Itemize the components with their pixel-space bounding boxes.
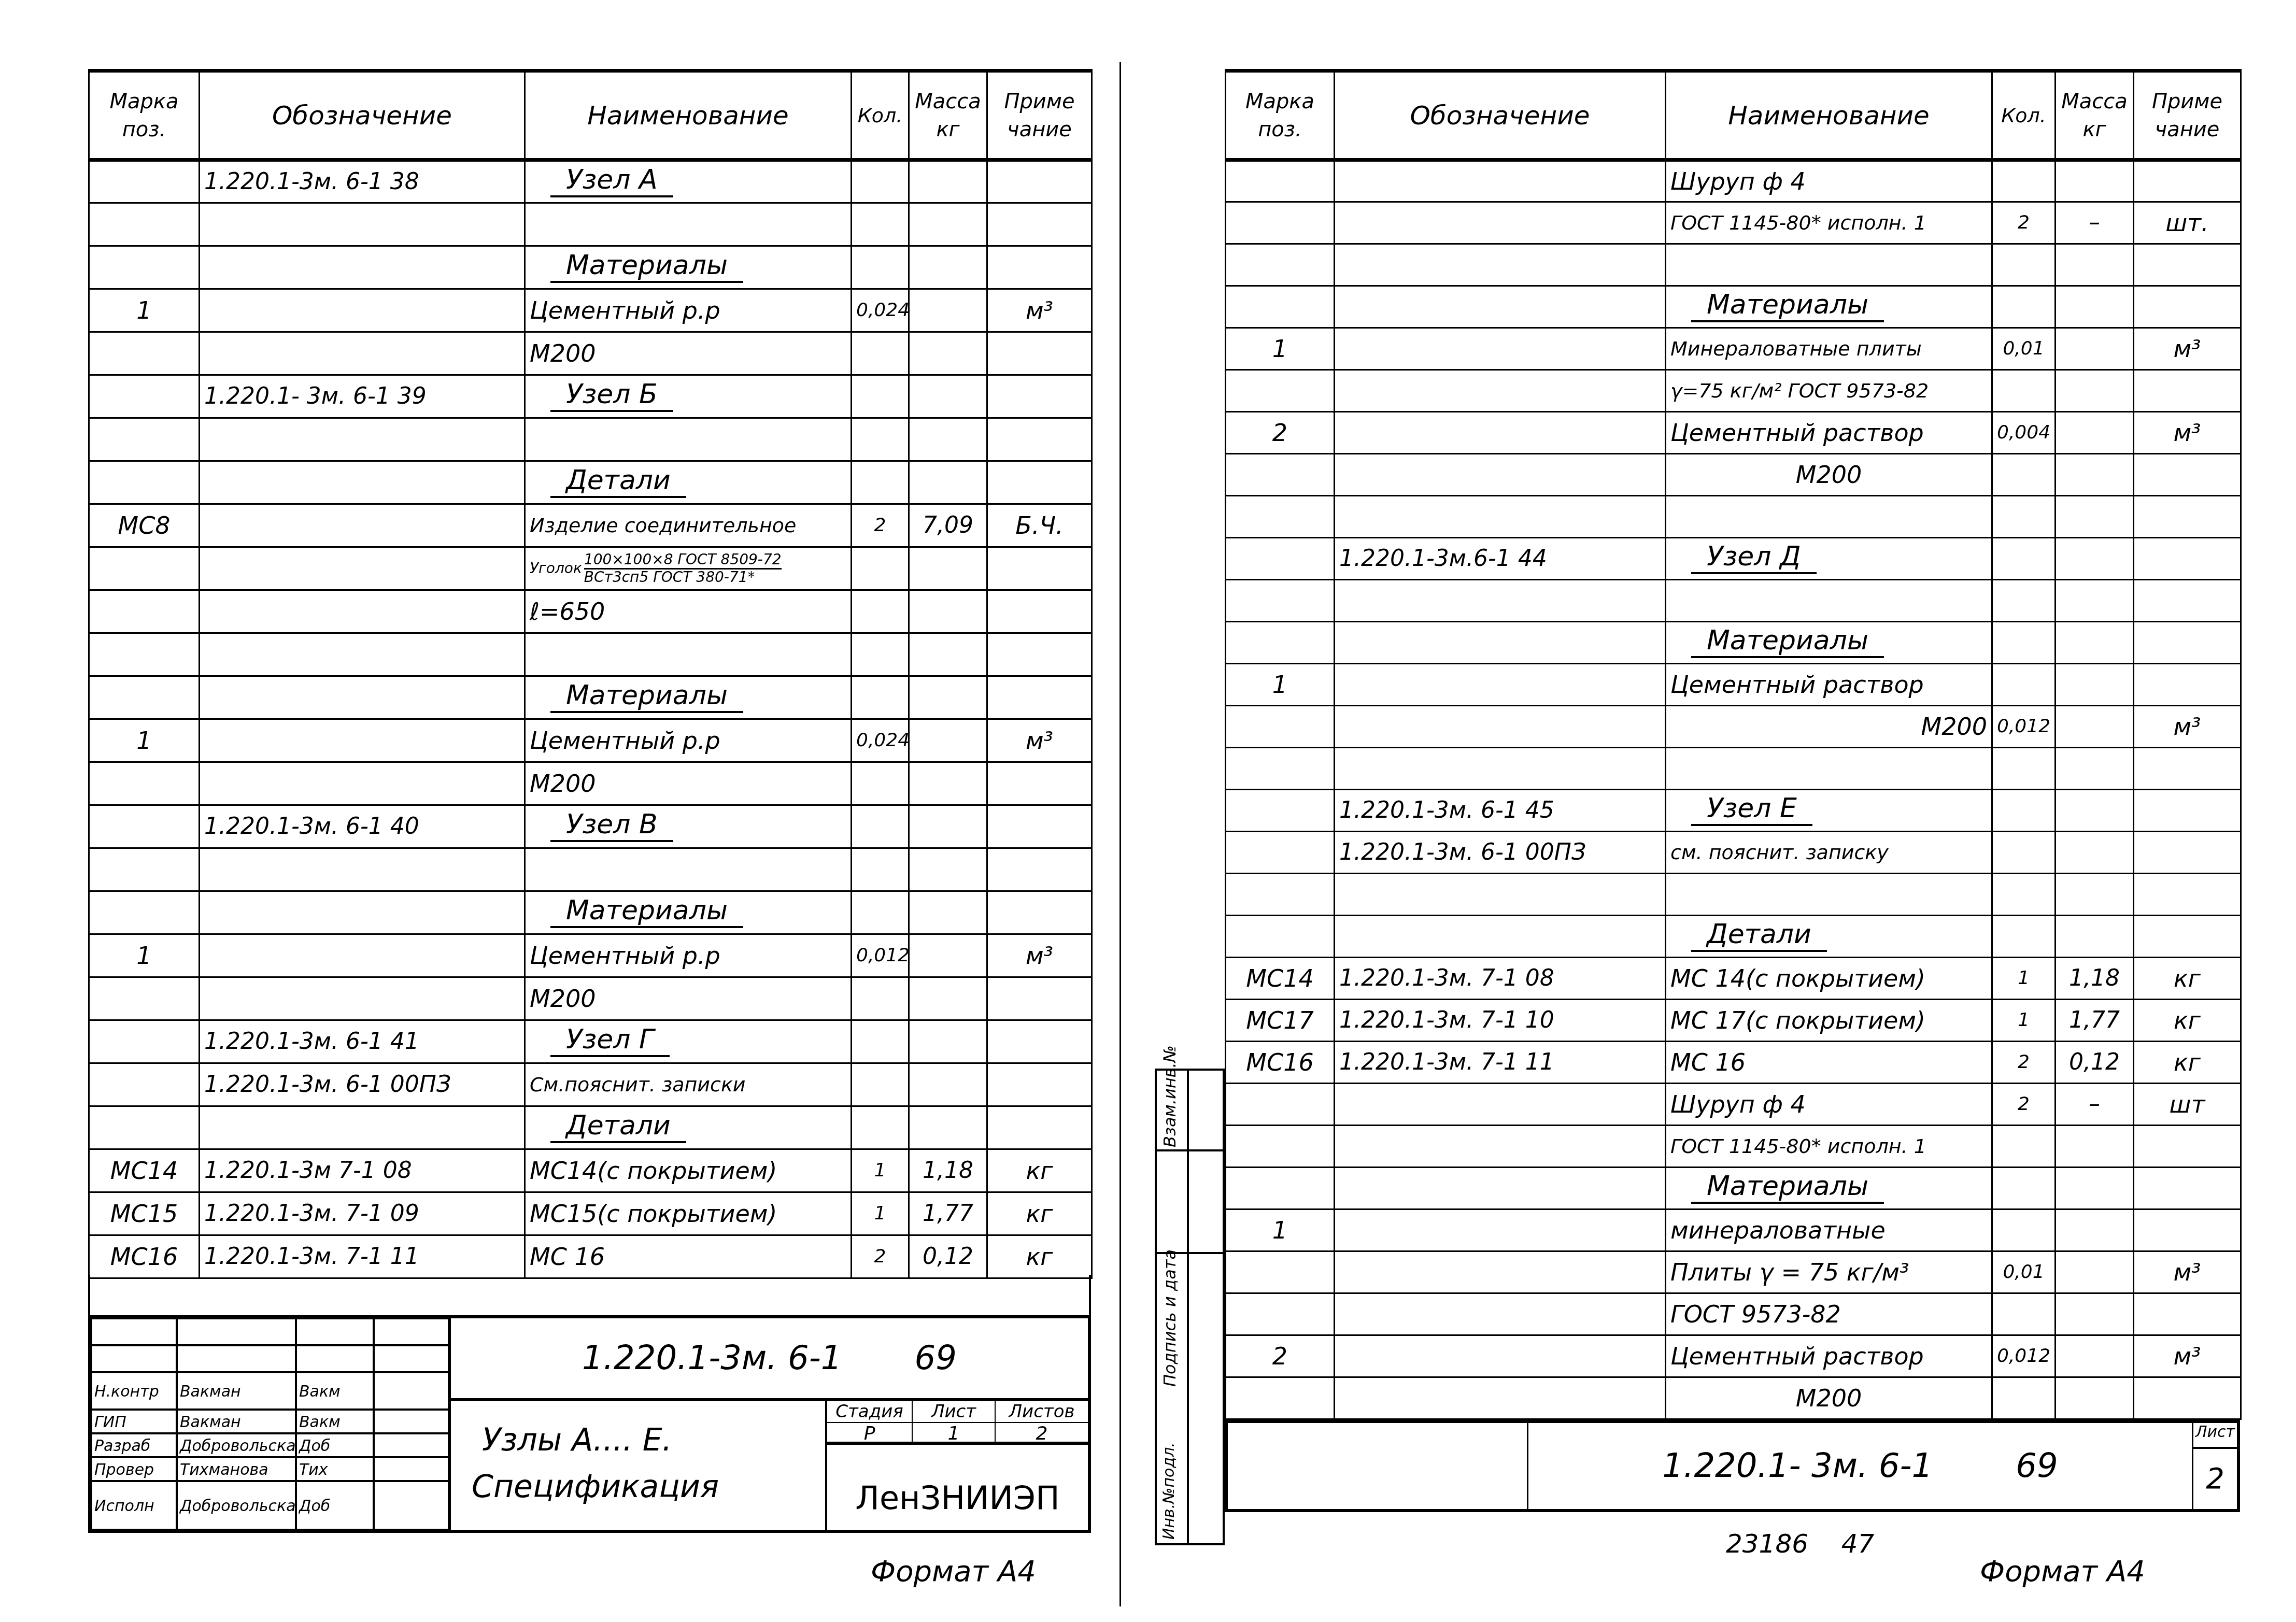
cell-mark: 1 (1226, 328, 1335, 370)
cell-name: См.пояснит. записки (525, 1063, 852, 1106)
section-heading: Материалы (1691, 291, 1884, 322)
cell-note (987, 246, 1092, 289)
signature-grid-cell (374, 1410, 449, 1433)
signature-grid-cell (177, 1345, 296, 1372)
table-row: Материалы (89, 246, 1092, 289)
cell-note: Б.Ч. (987, 504, 1092, 547)
cell-designation: 1.220.1-3м. 7-1 08 (1335, 958, 1666, 1000)
cell-designation (1335, 286, 1666, 328)
cell-name: МС14(с покрытием) (525, 1149, 852, 1192)
cell-name: Шуруп ф 4 (1666, 160, 1992, 202)
cell-qty: 2 (1992, 202, 2056, 244)
cell-note (987, 1063, 1092, 1106)
cell-qty (852, 590, 909, 633)
cell-qty: 0,004 (1992, 412, 2056, 454)
cell-qty (1992, 664, 2056, 706)
signature-grid-cell (296, 1318, 374, 1345)
cell-note (987, 977, 1092, 1020)
doc-number: 69 (2016, 1447, 2058, 1485)
cell-mass (909, 203, 987, 246)
signature-grid-cell (374, 1457, 449, 1481)
cell-designation (1335, 1335, 1666, 1377)
cell-note: м³ (987, 289, 1092, 332)
cell-mark (1226, 706, 1335, 748)
cell-qty: 1 (1992, 1000, 2056, 1042)
doc-code: 1.220.1- 3м. 6-1 (1662, 1447, 1933, 1485)
cell-name: Материалы (525, 676, 852, 719)
table-row: 1Цементный р.р0,024м³ (89, 719, 1092, 762)
cell-name: Цементный р.р (525, 719, 852, 762)
table-row: 1минераловатные (1226, 1210, 2241, 1251)
table-row: ГОСТ 1145-80* исполн. 12–шт. (1226, 202, 2241, 244)
signature-name: Тихманова (177, 1457, 296, 1481)
cell-mass (2056, 916, 2134, 958)
section-heading: Узел А (550, 166, 673, 197)
cell-designation (200, 461, 525, 504)
col-note-header: Примечание (987, 71, 1092, 160)
cell-qty (1992, 454, 2056, 496)
table-row: МС171.220.1-3м. 7-1 10МС 17(с покрытием)… (1226, 1000, 2241, 1042)
signature-role: Н.контр (91, 1372, 177, 1410)
cell-mark (89, 590, 200, 633)
cell-mass (2056, 874, 2134, 916)
cell-name: ГОСТ 1145-80* исполн. 1 (1666, 1126, 1992, 1168)
col-mark-header: Маркапоз. (1226, 71, 1335, 160)
cell-name: минераловатные (1666, 1210, 1992, 1251)
cell-designation: 1.220.1-3м. 6-1 00ПЗ (1335, 832, 1666, 874)
cell-qty (1992, 790, 2056, 832)
cell-mark (1226, 202, 1335, 244)
cell-note (2134, 1293, 2241, 1335)
cell-mass: 1,77 (2056, 1000, 2134, 1042)
cell-name: Плиты γ = 75 кг/м³ (1666, 1251, 1992, 1293)
cell-note (2134, 1168, 2241, 1210)
table-row: МС151.220.1-3м. 7-1 09МС15(с покрытием)1… (89, 1192, 1092, 1235)
table-row: 1.220.1-3м. 6-1 40Узел В (89, 805, 1092, 848)
cell-mark: 1 (89, 719, 200, 762)
doc-title-cell: Узлы А.... Е. Спецификация (449, 1401, 827, 1530)
cell-mark (89, 1020, 200, 1063)
table-row: 1Минераловатные плиты0,01м³ (1226, 328, 2241, 370)
section-heading: Материалы (550, 682, 743, 713)
cell-mass (2056, 748, 2134, 790)
cell-note: м³ (987, 719, 1092, 762)
signature-grid-cell (374, 1481, 449, 1530)
cell-designation (200, 934, 525, 977)
cell-designation (1335, 454, 1666, 496)
cell-designation (200, 289, 525, 332)
cell-name: ГОСТ 1145-80* исполн. 1 (1666, 202, 1992, 244)
cell-designation (1335, 370, 1666, 412)
table-row: Материалы (89, 676, 1092, 719)
cell-name: Материалы (525, 891, 852, 934)
cell-mass (2056, 706, 2134, 748)
table-row: Материалы (1226, 286, 2241, 328)
cell-name: Шуруп ф 4 (1666, 1084, 1992, 1126)
cell-mark (1226, 874, 1335, 916)
cell-designation (1335, 916, 1666, 958)
signature-grid: Н.контрВакманВакмГИПВакманВакмРазрабДобр… (91, 1318, 449, 1530)
cell-designation (1335, 328, 1666, 370)
cell-name (525, 418, 852, 461)
cell-mark (89, 633, 200, 676)
signature-name: Вакман (177, 1372, 296, 1410)
cell-mass (909, 977, 987, 1020)
cell-note (987, 590, 1092, 633)
cell-note (2134, 1210, 2241, 1251)
cell-note (2134, 622, 2241, 664)
cell-note (2134, 748, 2241, 790)
cell-name (525, 848, 852, 891)
cell-qty: 1 (852, 1192, 909, 1235)
table-row: 1.220.1-3м. 6-1 00ПЗсм. пояснит. записку (1226, 832, 2241, 874)
cell-mass (909, 1106, 987, 1149)
cell-qty: 1 (1992, 958, 2056, 1000)
signature-role: Провер (91, 1457, 177, 1481)
cell-mass (909, 418, 987, 461)
cell-designation (1335, 1084, 1666, 1126)
cell-name: МС 17(с покрытием) (1666, 1000, 1992, 1042)
cell-mark (89, 246, 200, 289)
section-heading: Узел Б (550, 381, 673, 412)
cell-designation (1335, 1126, 1666, 1168)
section-heading: Узел Е (1691, 795, 1812, 826)
cell-mass (909, 332, 987, 375)
left-blank-band (88, 1275, 1091, 1316)
col-designation-header: Обозначение (1335, 71, 1666, 160)
cell-mark (89, 547, 200, 590)
cell-mass (2056, 286, 2134, 328)
cell-mark (89, 418, 200, 461)
cell-name: Узел В (525, 805, 852, 848)
cell-designation (200, 504, 525, 547)
signature-name: Добровольская (177, 1433, 296, 1457)
cell-mass (2056, 1335, 2134, 1377)
cell-name: Материалы (525, 246, 852, 289)
cell-qty (852, 246, 909, 289)
cell-note (987, 1106, 1092, 1149)
table-row (1226, 580, 2241, 622)
cell-designation (1335, 580, 1666, 622)
cell-note (2134, 832, 2241, 874)
cell-mark (89, 1106, 200, 1149)
table-row: 1.220.1-3м.6-1 44Узел Д (1226, 538, 2241, 580)
table-row: М200 (1226, 1377, 2241, 1419)
cell-designation (200, 762, 525, 805)
cell-designation: 1.220.1-3м. 7-1 09 (200, 1192, 525, 1235)
cell-name: М200 (525, 762, 852, 805)
cell-mass (909, 805, 987, 848)
cell-designation: 1.220.1- 3м. 6-1 39 (200, 375, 525, 418)
cell-mark: 1 (1226, 664, 1335, 706)
cell-qty: 0,01 (1992, 328, 2056, 370)
cell-designation (200, 633, 525, 676)
cell-mark (89, 1063, 200, 1106)
cell-mass (2056, 244, 2134, 286)
cell-mass (909, 375, 987, 418)
cell-note (2134, 286, 2241, 328)
cell-qty (852, 1020, 909, 1063)
cell-mark (1226, 160, 1335, 202)
organization: ЛенЗНИИЭП (827, 1445, 1088, 1530)
table-row (89, 633, 1092, 676)
cell-mark (1226, 538, 1335, 580)
cell-qty (1992, 1126, 2056, 1168)
cell-note (2134, 790, 2241, 832)
signature-mark: Тих (296, 1457, 374, 1481)
cell-designation (1335, 874, 1666, 916)
cell-mark (89, 332, 200, 375)
doc-code: 1.220.1-3м. 6-1 (582, 1339, 842, 1377)
cell-note: кг (2134, 1000, 2241, 1042)
cell-designation: 1.220.1-3м. 6-1 41 (200, 1020, 525, 1063)
table-row: Уголок100×100×8 ГОСТ 8509-72ВСт3сп5 ГОСТ… (89, 547, 1092, 590)
col-mark-header: Маркапоз. (89, 71, 200, 160)
cell-mass (2056, 1126, 2134, 1168)
cell-designation: 1.220.1-3м. 6-1 00ПЗ (200, 1063, 525, 1106)
cell-qty (1992, 244, 2056, 286)
table-row: МС141.220.1-3м 7-1 08МС14(с покрытием)11… (89, 1149, 1092, 1192)
cell-qty (1992, 286, 2056, 328)
cell-note (987, 332, 1092, 375)
cell-mark: МС14 (1226, 958, 1335, 1000)
stamp-sign-date: Подпись и дата (1160, 1249, 1180, 1387)
cell-qty (852, 762, 909, 805)
cell-qty (852, 418, 909, 461)
cell-designation (1335, 1293, 1666, 1335)
cell-qty (1992, 1377, 2056, 1419)
cell-name: МС15(с покрытием) (525, 1192, 852, 1235)
cell-qty (1992, 874, 2056, 916)
table-row: ℓ=650 (89, 590, 1092, 633)
cell-note: кг (987, 1149, 1092, 1192)
cell-note (987, 461, 1092, 504)
cell-qty (1992, 916, 2056, 958)
cell-qty: 2 (1992, 1042, 2056, 1084)
cell-qty (1992, 1210, 2056, 1251)
cell-mass (2056, 370, 2134, 412)
table-row: МС141.220.1-3м. 7-1 08МС 14(с покрытием)… (1226, 958, 2241, 1000)
cell-mass (2056, 1251, 2134, 1293)
cell-note (2134, 496, 2241, 538)
cell-mark (1226, 454, 1335, 496)
cell-mark (1226, 286, 1335, 328)
cell-qty (852, 848, 909, 891)
signature-grid-cell (296, 1345, 374, 1372)
cell-mark (89, 160, 200, 203)
cell-mark: МС16 (1226, 1042, 1335, 1084)
cell-note (987, 805, 1092, 848)
cell-note (2134, 1126, 2241, 1168)
cell-designation (1335, 1251, 1666, 1293)
left-spec-table: Маркапоз. Обозначение Наименование Кол. … (88, 69, 1093, 1279)
cell-note (987, 762, 1092, 805)
cell-name (1666, 874, 1992, 916)
cell-designation (200, 547, 525, 590)
table-row: М200 (1226, 454, 2241, 496)
stamp-replace-inv: Взам.инв.№ (1160, 1045, 1180, 1147)
cell-mass (909, 676, 987, 719)
cell-designation (1335, 622, 1666, 664)
cell-qty: 0,012 (1992, 1335, 2056, 1377)
cell-designation (1335, 1377, 1666, 1419)
col-name-header: Наименование (525, 71, 852, 160)
cell-note (2134, 1377, 2241, 1419)
cell-name: Узел Б (525, 375, 852, 418)
signature-grid-cell (374, 1345, 449, 1372)
table-row: М200 (89, 332, 1092, 375)
right-sheet-label: Лист (2192, 1423, 2237, 1449)
table-row (89, 203, 1092, 246)
cell-qty (1992, 748, 2056, 790)
cell-qty (1992, 160, 2056, 202)
cell-qty: 2 (1992, 1084, 2056, 1126)
doc-title-line2: Спецификация (472, 1469, 825, 1505)
table-row: Материалы (1226, 622, 2241, 664)
cell-mass (2056, 412, 2134, 454)
signature-name: Добровольская (177, 1481, 296, 1530)
cell-mass (909, 461, 987, 504)
cell-name: М200 (1666, 1377, 1992, 1419)
table-row: МС161.220.1-3м. 7-1 11МС 1620,12кг (89, 1235, 1092, 1278)
cell-qty (1992, 496, 2056, 538)
cell-qty (1992, 538, 2056, 580)
cell-mass (909, 762, 987, 805)
cell-designation: 1.220.1-3м. 6-1 40 (200, 805, 525, 848)
signature-grid-cell (177, 1318, 296, 1345)
cell-mark (1226, 790, 1335, 832)
cell-qty (852, 160, 909, 203)
cell-mark (89, 977, 200, 1020)
cell-name: γ=75 кг/м² ГОСТ 9573-82 (1666, 370, 1992, 412)
cell-mass (909, 289, 987, 332)
cell-qty (1992, 1168, 2056, 1210)
cell-designation (200, 1106, 525, 1149)
cell-name: см. пояснит. записку (1666, 832, 1992, 874)
cell-note (987, 418, 1092, 461)
cell-qty (852, 203, 909, 246)
cell-designation (200, 203, 525, 246)
cell-mark: 1 (1226, 1210, 1335, 1251)
cell-qty (1992, 580, 2056, 622)
col-note-header: Примечание (2134, 71, 2241, 160)
cell-qty (852, 977, 909, 1020)
section-heading: Узел Д (1691, 543, 1817, 574)
cell-note: м³ (2134, 1335, 2241, 1377)
cell-note (987, 891, 1092, 934)
cell-mark: 2 (1226, 1335, 1335, 1377)
signature-mark: Вакм (296, 1410, 374, 1433)
table-row: МС8Изделие соединительное27,09Б.Ч. (89, 504, 1092, 547)
cell-designation (200, 332, 525, 375)
cell-mass (2056, 1168, 2134, 1210)
cell-name: Детали (1666, 916, 1992, 958)
col-designation-header: Обозначение (200, 71, 525, 160)
table-row: 2Цементный раствор0,012м³ (1226, 1335, 2241, 1377)
cell-mark (1226, 1084, 1335, 1126)
cell-note (2134, 580, 2241, 622)
cell-designation (1335, 1168, 1666, 1210)
cell-mass (2056, 580, 2134, 622)
table-row: Плиты γ = 75 кг/м³0,01м³ (1226, 1251, 2241, 1293)
cell-mass (909, 246, 987, 289)
cell-mass (2056, 622, 2134, 664)
section-heading: Узел В (550, 811, 673, 842)
table-row: МС161.220.1-3м. 7-1 11МС 1620,12кг (1226, 1042, 2241, 1084)
col-mass-header: Массакг (909, 71, 987, 160)
signature-grid-cell (374, 1372, 449, 1410)
cell-qty: 0,012 (852, 934, 909, 977)
cell-mark (1226, 370, 1335, 412)
cell-qty (852, 332, 909, 375)
cell-mark: МС16 (89, 1235, 200, 1278)
cell-designation (200, 719, 525, 762)
cell-qty (852, 676, 909, 719)
cell-name (1666, 580, 1992, 622)
cell-name (1666, 496, 1992, 538)
cell-note: кг (2134, 958, 2241, 1000)
cell-name: Детали (525, 1106, 852, 1149)
stage-label: Стадия (827, 1401, 913, 1423)
cell-note: м³ (987, 934, 1092, 977)
sheets-label: Листов (996, 1401, 1088, 1423)
cell-mass: – (2056, 202, 2134, 244)
section-heading: Детали (550, 1112, 686, 1143)
cell-mark (89, 375, 200, 418)
signature-role: Исполн (91, 1481, 177, 1530)
cell-name: Детали (525, 461, 852, 504)
section-heading: Детали (550, 467, 686, 498)
cell-note (2134, 916, 2241, 958)
cell-mass (2056, 664, 2134, 706)
cell-note (987, 160, 1092, 203)
cell-mass (909, 1063, 987, 1106)
cell-mass: 1,18 (909, 1149, 987, 1192)
cell-note: м³ (2134, 328, 2241, 370)
cell-note (987, 676, 1092, 719)
cell-designation (200, 418, 525, 461)
section-heading: Детали (1691, 921, 1827, 952)
cell-name: МС 16 (525, 1235, 852, 1278)
cell-mass (909, 160, 987, 203)
doc-title-line1: Узлы А.... Е. (472, 1422, 825, 1458)
cell-mark (1226, 832, 1335, 874)
cell-mass (909, 719, 987, 762)
cell-note (2134, 244, 2241, 286)
table-row: ГОСТ 9573-82 (1226, 1293, 2241, 1335)
cell-mark: 2 (1226, 412, 1335, 454)
table-row: 1.220.1-3м. 6-1 38Узел А (89, 160, 1092, 203)
left-table-body: 1.220.1-3м. 6-1 38Узел АМатериалы1Цемент… (89, 160, 1092, 1278)
cell-mark (89, 805, 200, 848)
cell-note: м³ (2134, 1251, 2241, 1293)
cell-mark (1226, 1168, 1335, 1210)
cell-qty: 0,01 (1992, 1251, 2056, 1293)
cell-note (987, 633, 1092, 676)
table-row: Материалы (89, 891, 1092, 934)
cell-name (1666, 244, 1992, 286)
cell-mass: 1,77 (909, 1192, 987, 1235)
table-row (1226, 874, 2241, 916)
cell-mass (2056, 1293, 2134, 1335)
cell-note: м³ (2134, 706, 2241, 748)
cell-designation: 1.220.1-3м. 7-1 11 (1335, 1042, 1666, 1084)
cell-mass (2056, 832, 2134, 874)
cell-name (1666, 748, 1992, 790)
table-row: γ=75 кг/м² ГОСТ 9573-82 (1226, 370, 2241, 412)
cell-designation (1335, 496, 1666, 538)
cell-mass (909, 547, 987, 590)
